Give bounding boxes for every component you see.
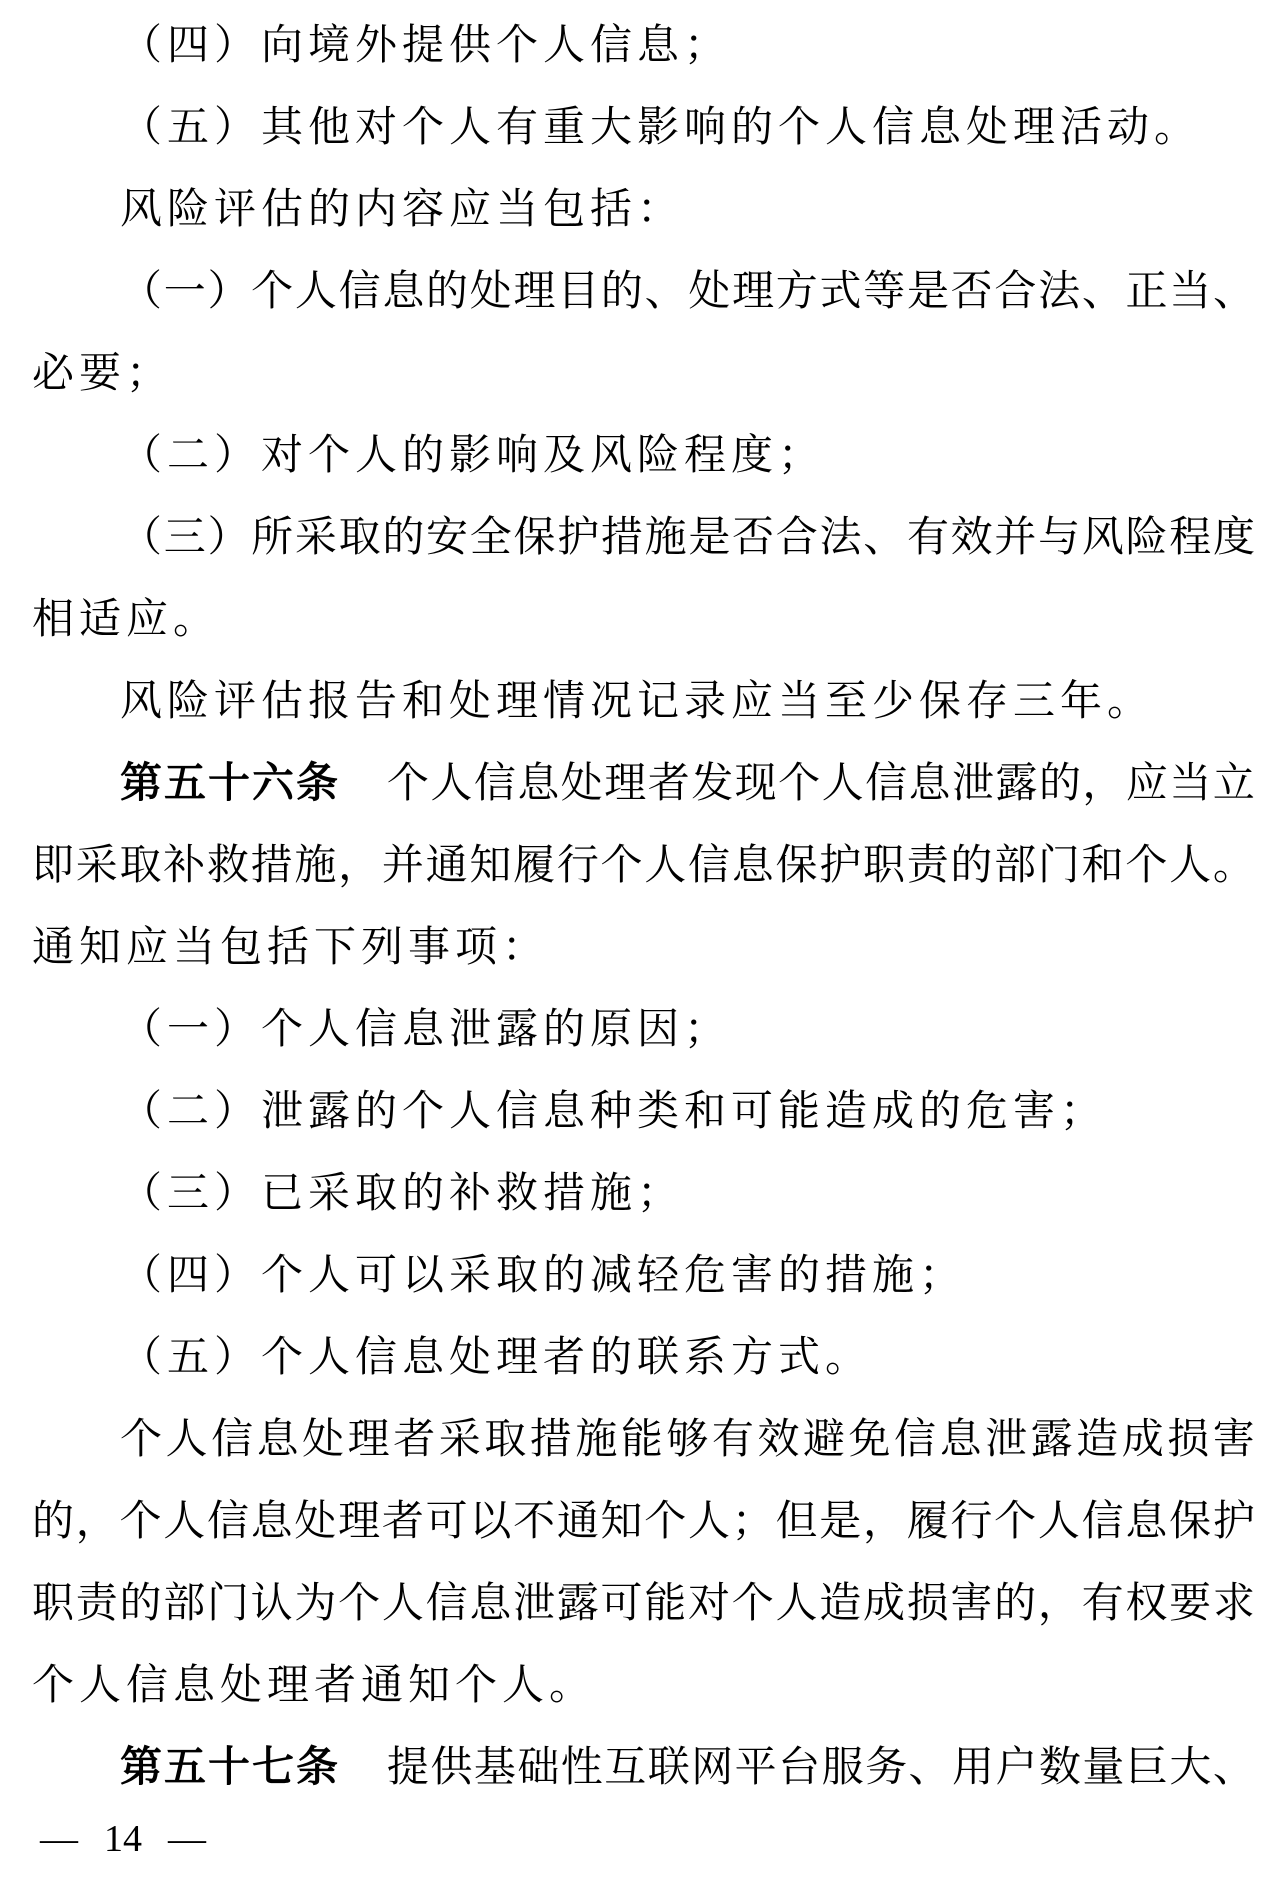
document-line: 职责的部门认为个人信息泄露可能对个人造成损害的，有权要求 — [32, 1563, 1255, 1645]
document-line: 第五十七条提供基础性互联网平台服务、用户数量巨大、 — [32, 1727, 1255, 1809]
document-line: 通知应当包括下列事项： — [32, 907, 1255, 989]
document-line: 即采取补救措施，并通知履行个人信息保护职责的部门和个人。 — [32, 825, 1255, 907]
document-line: （一）个人信息的处理目的、处理方式等是否合法、正当、 — [32, 251, 1255, 333]
document-line: （三）已采取的补救措施； — [32, 1153, 1255, 1235]
document-page: （四）向境外提供个人信息；（五）其他对个人有重大影响的个人信息处理活动。风险评估… — [0, 0, 1278, 1889]
document-line: （四）向境外提供个人信息； — [32, 5, 1255, 87]
document-line: 必要； — [32, 333, 1255, 415]
document-line: （三）所采取的安全保护措施是否合法、有效并与风险程度 — [32, 497, 1255, 579]
document-line: 相适应。 — [32, 579, 1255, 661]
document-line: 风险评估报告和处理情况记录应当至少保存三年。 — [32, 661, 1255, 743]
article-number-label: 第五十六条 — [120, 743, 340, 825]
document-line: （一）个人信息泄露的原因； — [32, 989, 1255, 1071]
footer-dash-right: — — [168, 1808, 206, 1870]
document-line: （四）个人可以采取的减轻危害的措施； — [32, 1235, 1255, 1317]
document-line: （二）泄露的个人信息种类和可能造成的危害； — [32, 1071, 1255, 1153]
document-line: 个人信息处理者采取措施能够有效避免信息泄露造成损害 — [32, 1399, 1255, 1481]
document-line: （五）其他对个人有重大影响的个人信息处理活动。 — [32, 87, 1255, 169]
document-line: 个人信息处理者通知个人。 — [32, 1645, 1255, 1727]
document-line: 风险评估的内容应当包括： — [32, 169, 1255, 251]
document-line: （二）对个人的影响及风险程度； — [32, 415, 1255, 497]
footer-dash-left: — — [40, 1808, 78, 1870]
page-number: 14 — [104, 1808, 142, 1870]
document-body: （四）向境外提供个人信息；（五）其他对个人有重大影响的个人信息处理活动。风险评估… — [32, 5, 1255, 1809]
page-footer: — 14 — — [40, 1808, 206, 1870]
article-number-label: 第五十七条 — [120, 1727, 340, 1809]
document-line: 第五十六条个人信息处理者发现个人信息泄露的，应当立 — [32, 743, 1255, 825]
document-line: 的，个人信息处理者可以不通知个人；但是，履行个人信息保护 — [32, 1481, 1255, 1563]
document-line: （五）个人信息处理者的联系方式。 — [32, 1317, 1255, 1399]
